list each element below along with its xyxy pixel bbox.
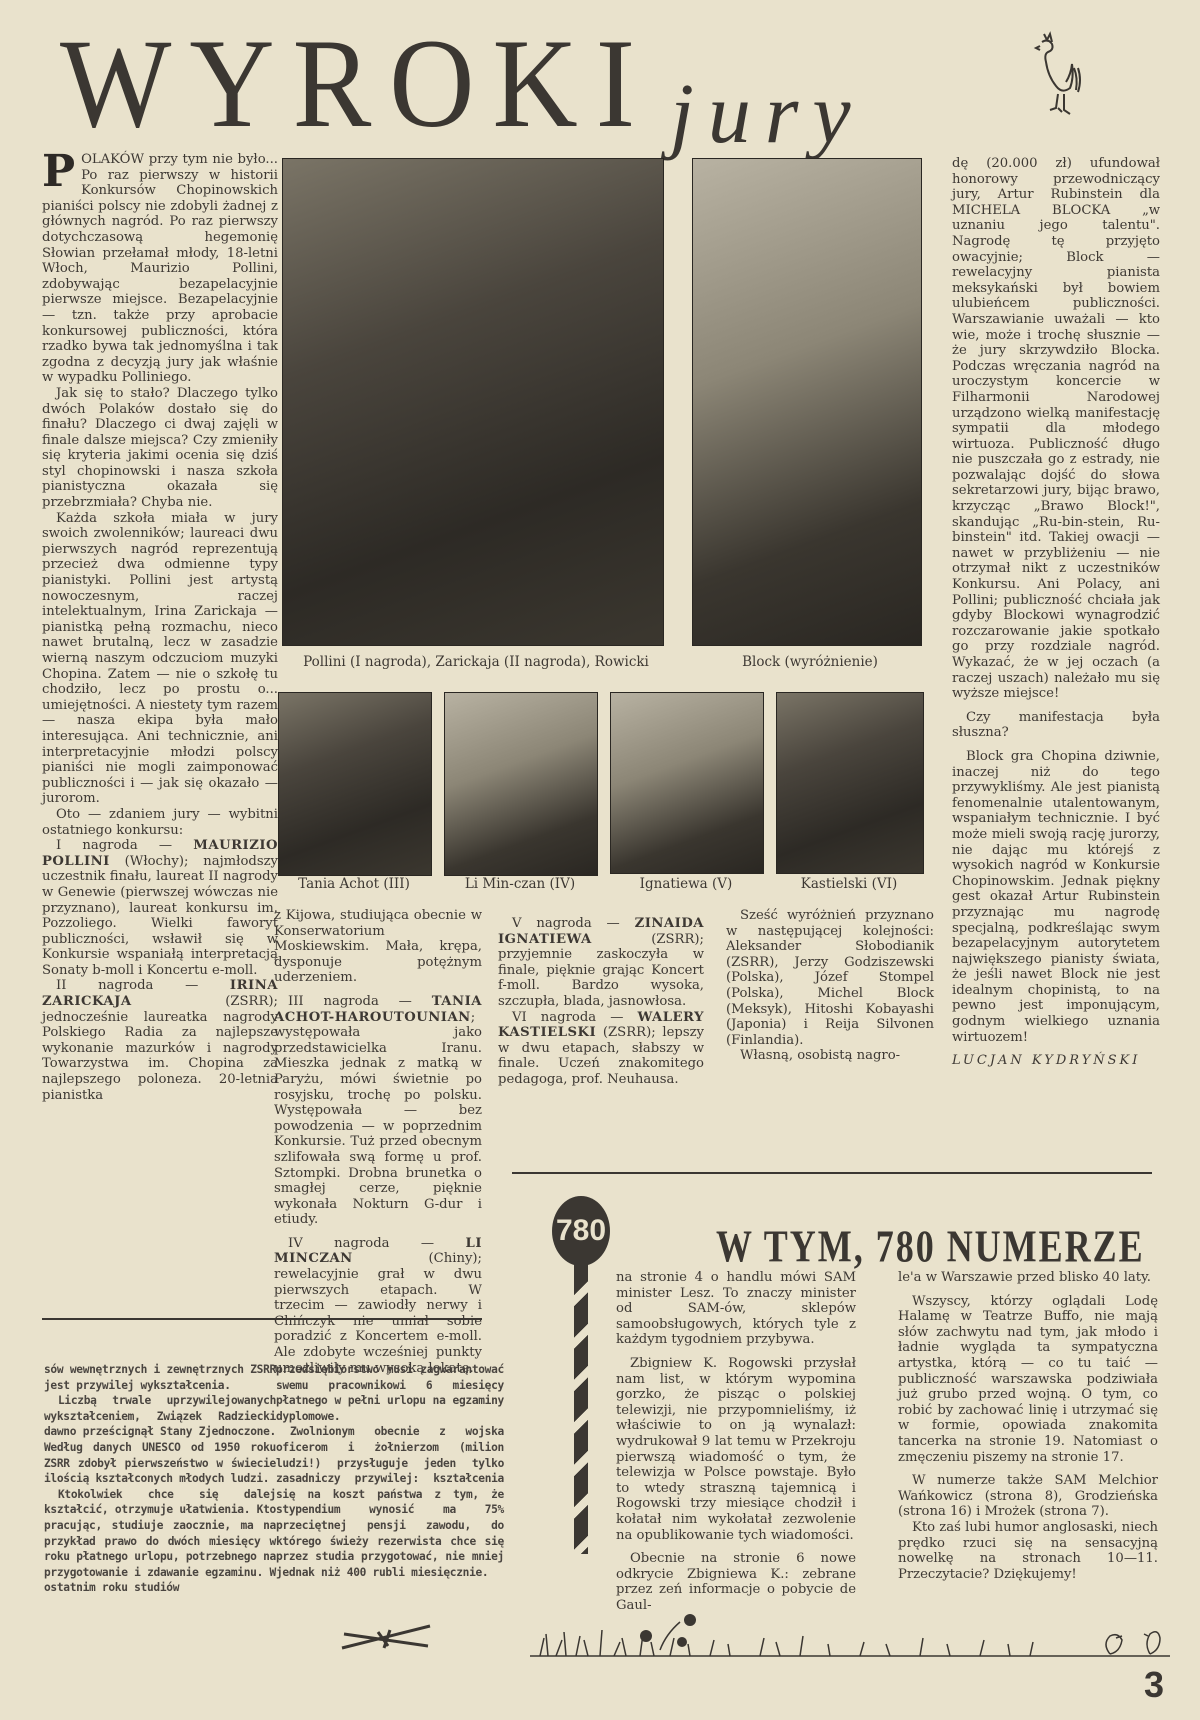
prize-3: III nagroda — TANIA ACHOT-HAROUTOUNIAN; … — [274, 994, 482, 1228]
drop-cap: P — [42, 154, 75, 190]
article-title: WYROKI — [60, 20, 653, 147]
prize-6: VI nagroda — WALERY KASTIELSKI (ZSRR); l… — [498, 1010, 704, 1088]
caption-portrait: Li Min-czan (IV) — [444, 876, 596, 892]
photo-block — [692, 158, 922, 646]
portrait-li-min-czan — [444, 692, 598, 876]
caption-group-photo: Pollini (I nagroda), Zarickaja (II nagro… — [276, 654, 676, 670]
continued-article-column-2: przedsiębiorstwo musi zagwarantować swem… — [276, 1362, 504, 1580]
barbed-wire-icon — [338, 1620, 434, 1656]
article-subtitle: jury — [670, 70, 865, 156]
rooster-icon — [1030, 28, 1090, 128]
prize-1: I nagroda — MAURIZIO POLLINI (Włochy); n… — [42, 838, 278, 978]
issue-box-column-2: le'a w Warszawie przed blisko 40 laty. W… — [898, 1270, 1158, 1582]
author-byline: LUCJAN KYDRYŃSKI — [952, 1053, 1160, 1069]
divider — [42, 1318, 482, 1320]
caption-portrait: Kastielski (VI) — [776, 876, 922, 892]
portrait-kastielski — [776, 692, 924, 874]
distinctions: Sześć wyróżnień przyznano w następującej… — [726, 908, 934, 1048]
article-column-1: POLAKÓW przy tym nie było... Po raz pier… — [42, 152, 278, 1103]
article-column-4: Sześć wyróżnień przyznano w następującej… — [726, 908, 934, 1064]
sign-pole — [574, 1264, 588, 1554]
prize-2: II nagroda — IRINA ZARICKAJA (ZSRR); jed… — [42, 978, 278, 1103]
caption-block-photo: Block (wyróżnienie) — [700, 654, 920, 670]
issue-box-title: W TYM, 780 NUMERZE — [716, 1220, 1145, 1273]
continued-article-column-1: sów wewnętrznych i zewnętrznych ZSRR jes… — [44, 1362, 276, 1596]
article-column-2: z Kijowa, studiująca obecnie w Konserwat… — [274, 908, 482, 1376]
portrait-tania-achot — [278, 692, 432, 876]
caption-portrait: Ignatiewa (V) — [610, 876, 762, 892]
prize-4: IV nagroda — LI MINCZAN (Chiny); rewelac… — [274, 1236, 482, 1376]
divider — [512, 1172, 1152, 1174]
portrait-ignatiewa — [610, 692, 764, 874]
grass-and-birds-illustration — [530, 1610, 1180, 1660]
article-column-5: dę (20.000 zł) ufundował honorowy przewo… — [952, 156, 1160, 1069]
page-number: 3 — [1144, 1664, 1164, 1706]
article-column-3: V nagroda — ZINAIDA IGNATIEWA (ZSRR); pr… — [498, 908, 704, 1088]
prize-5: V nagroda — ZINAIDA IGNATIEWA (ZSRR); pr… — [498, 916, 704, 1010]
issue-number-sign: 780 — [552, 1196, 610, 1266]
issue-box-column-1: na stronie 4 o handlu mówi SAM minister … — [616, 1270, 856, 1613]
caption-portrait: Tania Achot (III) — [278, 876, 430, 892]
photo-pollini-zarickaja-rowicki — [282, 158, 664, 646]
